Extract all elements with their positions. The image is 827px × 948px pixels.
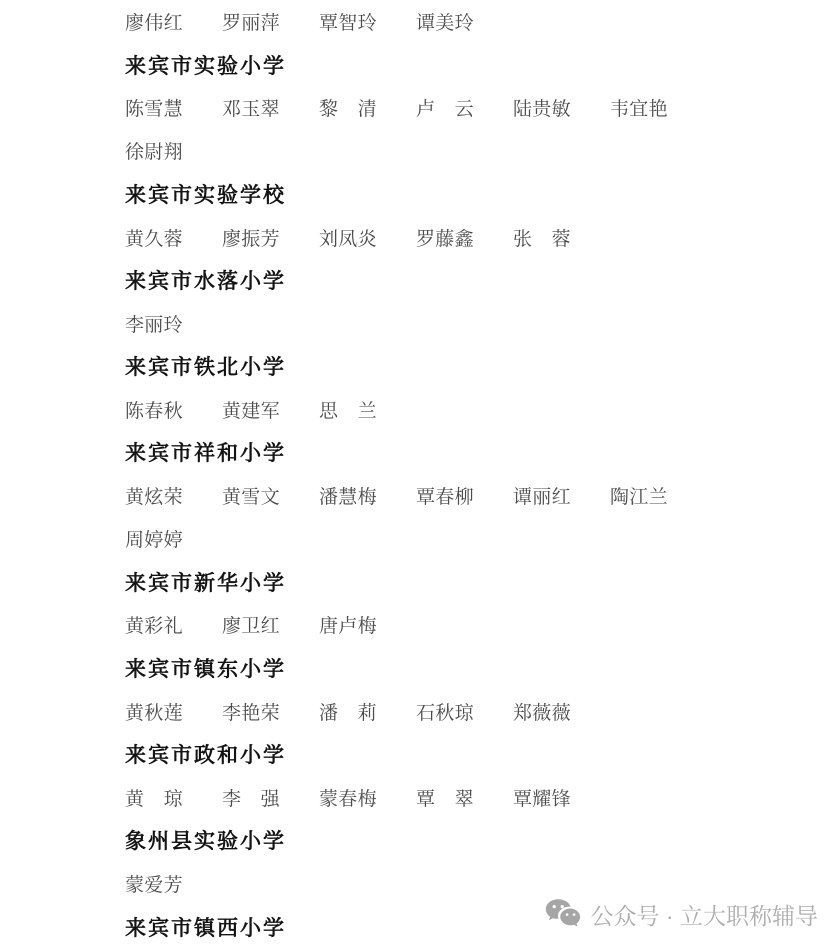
school-heading-row: 来宾市水落小学	[0, 259, 827, 302]
name-row: 黄久蓉 廖振芳 刘凤炎 罗藤鑫 张 蓉	[0, 215, 827, 258]
person-name: 覃春柳	[416, 482, 474, 509]
school-heading: 来宾市实验小学	[125, 50, 286, 80]
person-name: 李艳荣	[222, 698, 280, 725]
person-name: 蒙爱芳	[125, 870, 183, 897]
person-name: 罗丽萍	[222, 8, 280, 35]
person-name: 刘凤炎	[319, 224, 377, 251]
person-name: 黄 琼	[125, 784, 183, 811]
document-page: 廖伟红 罗丽萍 覃智玲 谭美玲 来宾市实验小学 陈雪慧 邓玉翠 黎 清 卢 云 …	[0, 0, 827, 948]
name-row: 陈春秋 黄建军 思 兰	[0, 388, 827, 431]
person-name: 廖卫红	[222, 611, 280, 638]
name-row: 李丽玲	[0, 302, 827, 345]
name-row: 陈雪慧 邓玉翠 黎 清 卢 云 陆贵敏 韦宜艳	[0, 86, 827, 129]
school-heading: 来宾市实验学校	[125, 179, 286, 209]
person-name: 石秋琼	[416, 698, 474, 725]
person-name: 覃耀锋	[513, 784, 571, 811]
wechat-icon	[545, 898, 582, 930]
watermark-text: 公众号 · 立大职称辅导	[591, 898, 818, 931]
person-name: 黄秋莲	[125, 698, 183, 725]
school-heading: 来宾市镇东小学	[125, 653, 286, 683]
person-name: 蒙春梅	[319, 784, 377, 811]
watermark: 公众号 · 立大职称辅导	[545, 896, 818, 932]
person-name: 张 蓉	[513, 224, 571, 251]
name-row: 黄秋莲 李艳荣 潘 莉 石秋琼 郑薇薇	[0, 690, 827, 733]
person-name: 黄建军	[222, 396, 280, 423]
person-name: 廖振芳	[222, 224, 280, 251]
person-name: 周婷婷	[125, 525, 183, 552]
school-heading: 来宾市政和小学	[125, 739, 286, 769]
name-row: 黄彩礼 廖卫红 唐卢梅	[0, 603, 827, 646]
name-list: 廖伟红 罗丽萍 覃智玲 谭美玲 来宾市实验小学 陈雪慧 邓玉翠 黎 清 卢 云 …	[0, 0, 827, 948]
school-heading-row: 来宾市新华小学	[0, 560, 827, 603]
name-row: 廖伟红 罗丽萍 覃智玲 谭美玲	[0, 0, 827, 43]
person-name: 李丽玲	[125, 310, 183, 337]
school-heading: 来宾市铁北小学	[125, 351, 286, 381]
person-name: 黄雪文	[222, 482, 280, 509]
school-heading: 来宾市新华小学	[125, 567, 286, 597]
person-name: 谭美玲	[416, 8, 474, 35]
person-name: 陶江兰	[610, 482, 668, 509]
person-name: 黄久蓉	[125, 224, 183, 251]
person-name: 唐卢梅	[319, 611, 377, 638]
school-heading-row: 来宾市政和小学	[0, 733, 827, 776]
person-name: 陆贵敏	[513, 94, 571, 121]
school-heading-row: 来宾市铁北小学	[0, 345, 827, 388]
person-name: 覃智玲	[319, 8, 377, 35]
person-name: 徐尉翔	[125, 137, 183, 164]
person-name: 卢 云	[416, 94, 474, 121]
school-heading: 来宾市镇西小学	[125, 912, 286, 942]
person-name: 黄彩礼	[125, 611, 183, 638]
name-row: 黄炫荣 黄雪文 潘慧梅 覃春柳 谭丽红 陶江兰	[0, 474, 827, 517]
name-row: 周婷婷	[0, 517, 827, 560]
person-name: 谭丽红	[513, 482, 571, 509]
name-row: 徐尉翔	[0, 129, 827, 172]
person-name: 韦宜艳	[610, 94, 668, 121]
school-heading: 象州县实验小学	[125, 825, 286, 855]
person-name: 罗藤鑫	[416, 224, 474, 251]
school-heading: 来宾市祥和小学	[125, 437, 286, 467]
school-heading-row: 来宾市祥和小学	[0, 431, 827, 474]
name-row: 黄 琼 李 强 蒙春梅 覃 翠 覃耀锋	[0, 776, 827, 819]
person-name: 覃 翠	[416, 784, 474, 811]
person-name: 思 兰	[319, 396, 377, 423]
person-name: 潘 莉	[319, 698, 377, 725]
person-name: 陈雪慧	[125, 94, 183, 121]
person-name: 陈春秋	[125, 396, 183, 423]
school-heading-row: 来宾市镇东小学	[0, 646, 827, 689]
school-heading-row: 来宾市实验小学	[0, 43, 827, 86]
person-name: 黄炫荣	[125, 482, 183, 509]
person-name: 郑薇薇	[513, 698, 571, 725]
school-heading: 来宾市水落小学	[125, 265, 286, 295]
person-name: 黎 清	[319, 94, 377, 121]
person-name: 潘慧梅	[319, 482, 377, 509]
person-name: 李 强	[222, 784, 280, 811]
person-name: 邓玉翠	[222, 94, 280, 121]
school-heading-row: 来宾市实验学校	[0, 172, 827, 215]
person-name: 廖伟红	[125, 8, 183, 35]
school-heading-row: 象州县实验小学	[0, 819, 827, 862]
